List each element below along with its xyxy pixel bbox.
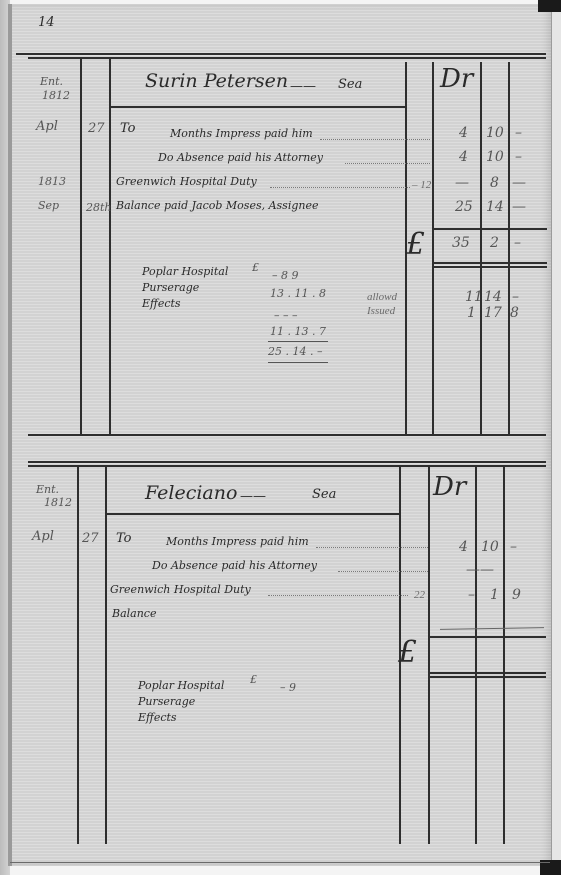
entry-month: Apl [32, 530, 54, 543]
note-label: Issued [367, 306, 395, 317]
amount-shillings: 10 [481, 540, 499, 554]
second-month: Sep [38, 200, 59, 211]
note-pounds: 11 [465, 290, 483, 304]
entry-month: Apl [36, 120, 58, 133]
amount-shillings: 10 [486, 150, 504, 164]
note-shillings: 14 [484, 290, 502, 304]
total-shillings: 2 [490, 236, 499, 250]
amount-pounds: — [455, 176, 469, 190]
name-underline [109, 106, 405, 108]
total-bottom-rule [432, 262, 547, 264]
amount-pence: 9 [512, 588, 521, 602]
amount-shillings: 1 [490, 588, 499, 602]
leader-dots [268, 595, 408, 596]
sub-item-label: Poplar Hospital [142, 266, 228, 277]
line-description: Do Absence paid his Attorney [152, 560, 317, 571]
total-bottom-rule-2 [428, 676, 546, 678]
col-line [508, 62, 510, 435]
rank: Sea [338, 78, 362, 91]
seaman-name: Surin Petersen [145, 72, 288, 91]
line-description: Months Impress paid him [170, 128, 313, 139]
total-pounds: 35 [452, 236, 470, 250]
top-rule-inner [28, 57, 546, 59]
sub-item-pound: £ [252, 262, 259, 273]
amount-pence: – [515, 126, 522, 140]
rank-dash: —— [240, 490, 266, 503]
entry-day: 27 [82, 532, 99, 545]
total-bottom-rule-2 [432, 266, 547, 268]
total-top-rule [428, 636, 546, 638]
sub-item-label: Poplar Hospital [138, 680, 224, 691]
leader-dots [320, 139, 430, 140]
entered-label: Ent. [40, 76, 63, 87]
amount-pounds: 4 [459, 540, 468, 554]
page-bottom-edge [10, 862, 550, 863]
to-label: To [120, 122, 136, 135]
amount-pence: – [515, 150, 522, 164]
line-description: Greenwich Hospital Duty [110, 584, 251, 595]
note-pence: 8 [510, 306, 519, 320]
amount-pounds: 4 [459, 126, 468, 140]
amount-pounds: – [468, 588, 475, 602]
sub-item-label: Effects [138, 712, 177, 723]
top-rule [28, 461, 546, 463]
sub-item-value: – 9 [280, 682, 296, 693]
page-number: 14 [38, 16, 55, 29]
leader-dots [316, 547, 428, 548]
rank-dash: —— [290, 80, 316, 93]
amount-pence: — [512, 176, 526, 190]
top-rule [16, 53, 546, 55]
entry-year: 1812 [42, 90, 70, 101]
col-line [503, 466, 505, 844]
amount-pounds: 25 [455, 200, 473, 214]
second-year: 1813 [38, 176, 66, 187]
total-top-rule [432, 228, 547, 230]
entry-year: 1812 [44, 497, 72, 508]
col-line [432, 62, 434, 435]
leader-dots [270, 187, 410, 188]
leader-dots [345, 163, 430, 164]
col-line [475, 466, 477, 844]
seaman-name: Feleciano [145, 484, 237, 503]
line-description: Greenwich Hospital Duty [116, 176, 257, 187]
subtotal-rule [268, 341, 328, 342]
note-pence: – [512, 290, 519, 304]
pencil-note: – 12 [412, 180, 431, 191]
page-tab-top [538, 0, 561, 12]
amount-shillings: 8 [490, 176, 499, 190]
debit-header: Dr [433, 474, 466, 500]
total-bottom-rule [428, 672, 546, 674]
amount-shillings: —— [466, 563, 494, 577]
sub-item-value: – 8 9 [272, 270, 299, 281]
amount-shillings: 10 [486, 126, 504, 140]
line-description: Do Absence paid his Attorney [158, 152, 323, 163]
amount-pence: – [510, 540, 517, 554]
entry-bottom-rule [28, 434, 546, 436]
grand-total-rule [268, 362, 328, 363]
entered-label: Ent. [36, 484, 59, 495]
col-line [428, 466, 430, 844]
col-line [480, 62, 482, 435]
entry-day: 27 [88, 122, 105, 135]
line-description: Months Impress paid him [166, 536, 309, 547]
col-line [105, 466, 107, 844]
debit-header: Dr [440, 66, 473, 92]
sub-item-value: 13 . 11 . 8 [270, 288, 326, 299]
to-label: To [116, 532, 132, 545]
rank: Sea [312, 488, 336, 501]
amount-shillings: 14 [486, 200, 504, 214]
next-page-edge [551, 0, 561, 875]
line-description: Balance paid Jacob Moses, Assignee [116, 200, 319, 211]
col-line [109, 57, 111, 435]
sub-item-pound: £ [250, 674, 257, 685]
second-day: 28th [86, 202, 112, 213]
note-label: allowd [367, 292, 397, 303]
sub-item-value: – – – [274, 310, 298, 321]
col-line [77, 466, 79, 844]
note-shillings: 17 [484, 306, 502, 320]
leader-dots [338, 571, 428, 572]
col-line [80, 57, 82, 435]
sub-item-label: Purserage [142, 282, 199, 293]
pencil-note: 22 [414, 590, 425, 601]
line-description: Balance [112, 608, 156, 619]
grand-total: 25 . 14 . – [268, 346, 322, 357]
sub-item-label: Purserage [138, 696, 195, 707]
amount-pence: — [512, 200, 526, 214]
pound-sign: £ [406, 230, 425, 260]
subtotal: 11 . 13 . 7 [270, 326, 326, 337]
amount-pounds: 4 [459, 150, 468, 164]
sub-item-label: Effects [142, 298, 181, 309]
total-pence: – [514, 236, 521, 250]
pound-sign: £ [398, 638, 417, 668]
note-pounds: 1 [467, 306, 476, 320]
name-underline [105, 513, 399, 515]
